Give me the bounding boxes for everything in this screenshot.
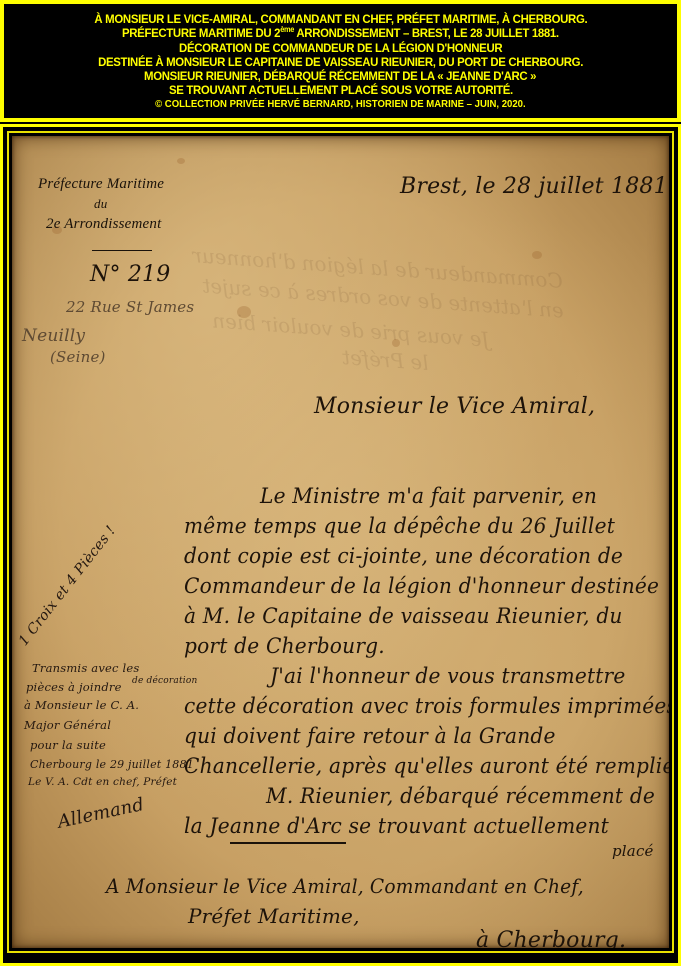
body-line-9: qui doivent faire retour à la Grande: [184, 724, 556, 748]
margin-note-line-5: pour la suite: [30, 738, 106, 752]
letter-paper: Commandeur de la légion d'honneur en l'a…: [12, 136, 669, 948]
letterhead-rule: [92, 250, 152, 251]
caption-line-2-start: PRÉFECTURE MARITIME DU 2: [122, 26, 280, 40]
letterhead-line-2: du: [94, 196, 107, 212]
body-line-13: placé: [612, 842, 654, 860]
body-line-11: M. Rieunier, débarqué récemment de: [266, 784, 655, 808]
letter-number: N° 219: [90, 262, 170, 287]
body-line-4: Commandeur de la légion d'honneur destin…: [184, 574, 659, 598]
caption-line-2: PRÉFECTURE MARITIME DU 2ème ARRONDISSEME…: [122, 26, 559, 40]
caption-header: À MONSIEUR LE VICE-AMIRAL, COMMANDANT EN…: [0, 0, 681, 122]
salutation: Monsieur le Vice Amiral,: [314, 394, 595, 419]
caption-line-3: DÉCORATION DE COMMANDEUR DE LA LÉGION D'…: [179, 41, 502, 55]
body-line-12: la Jeanne d'Arc se trouvant actuellement: [184, 814, 609, 838]
margin-signature: Allemand: [56, 794, 146, 833]
margin-note-diagonal: 1 Croix et 4 Pièces !: [16, 523, 119, 649]
margin-note-line-7: Le V. A. Cdt en chef, Préfet: [28, 776, 177, 788]
pencil-address-line-3: (Seine): [50, 348, 106, 366]
document-frame: Commandeur de la légion d'honneur en l'a…: [0, 124, 681, 966]
body-line-1: Le Ministre m'a fait parvenir, en: [260, 484, 597, 508]
caption-line-4: DESTINÉE À MONSIEUR LE CAPITAINE DE VAIS…: [98, 55, 583, 69]
interlinear-note: de décoration: [132, 676, 197, 686]
body-line-3: dont copie est ci-jointe, une décoration…: [184, 544, 623, 568]
caption-line-6: SE TROUVANT ACTUELLEMENT PLACÉ SOUS VOTR…: [169, 83, 513, 97]
stain: [532, 251, 542, 259]
ship-name-underline: [230, 842, 346, 844]
pencil-address-line-1: 22 Rue St James: [66, 298, 194, 316]
address-line-2: Préfet Maritime,: [188, 904, 360, 928]
place-date: Brest, le 28 juillet 1881.: [400, 174, 669, 199]
margin-note-line-6: Cherbourg le 29 juillet 1881: [30, 758, 194, 771]
caption-line-5: MONSIEUR RIEUNIER, DÉBARQUÉ RÉCEMMENT DE…: [144, 69, 536, 83]
body-line-5: à M. le Capitaine de vaisseau Rieunier, …: [184, 604, 623, 628]
body-line-6: port de Cherbourg.: [184, 634, 385, 658]
margin-note-line-4: Major Général: [24, 718, 111, 732]
body-line-7: J'ai l'honneur de vous transmettre: [270, 664, 625, 688]
bleed-through-text: le Préfet: [341, 345, 429, 375]
address-line-3: à Cherbourg.: [476, 928, 626, 948]
margin-note-line-2: pièces à joindre: [26, 680, 122, 694]
caption-superscript: ème: [280, 25, 294, 34]
stain: [177, 158, 185, 164]
pencil-address-line-2: Neuilly: [22, 326, 85, 346]
address-line-1: A Monsieur le Vice Amiral, Commandant en…: [106, 874, 584, 898]
caption-copyright: © COLLECTION PRIVÉE HERVÉ BERNARD, HISTO…: [155, 98, 526, 112]
margin-note-line-1: Transmis avec les: [32, 661, 140, 675]
caption-line-1: À MONSIEUR LE VICE-AMIRAL, COMMANDANT EN…: [94, 12, 587, 26]
margin-note-line-3: à Monsieur le C. A.: [24, 698, 139, 712]
caption-line-2-end: ARRONDISSEMENT – BREST, LE 28 JUILLET 18…: [294, 26, 559, 40]
letterhead-line-1: Préfecture Maritime: [38, 176, 164, 193]
body-line-2: même temps que la dépêche du 26 Juillet: [184, 514, 615, 538]
body-line-8: cette décoration avec trois formules imp…: [184, 694, 669, 718]
letterhead-line-3: 2e Arrondissement: [46, 216, 161, 233]
document-frame-inner: Commandeur de la légion d'honneur en l'a…: [7, 131, 674, 953]
body-line-10: Chancellerie, après qu'elles auront été …: [184, 754, 669, 778]
